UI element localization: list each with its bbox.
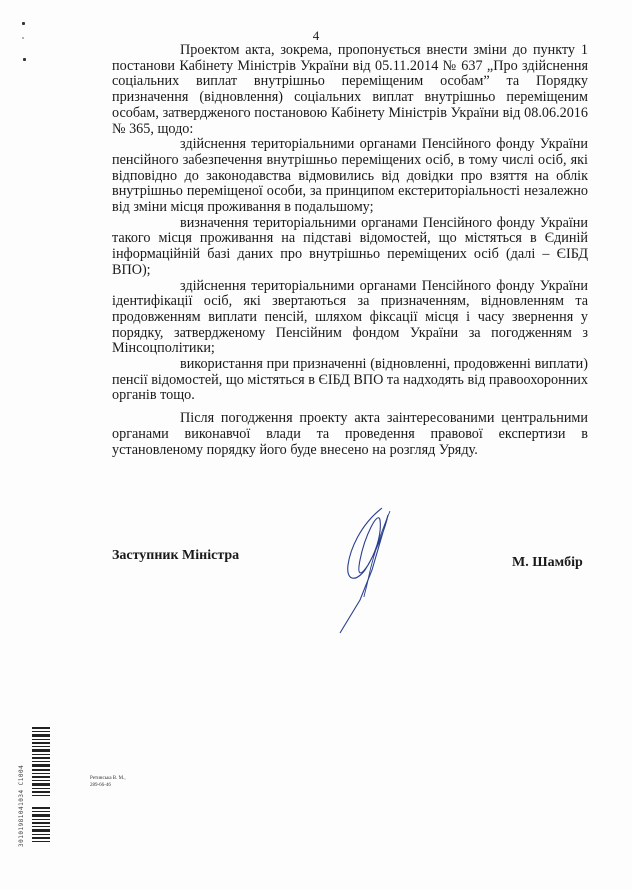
paragraph-item-2: визначення територіальними органами Пенс…	[112, 216, 588, 279]
paragraph-conclusion: Після погодження проекту акта заінтересо…	[112, 411, 588, 458]
paragraph-item-3: здійснення територіальними органами Пенс…	[112, 279, 588, 358]
paragraph-intro: Проектом акта, зокрема, пропонується вне…	[112, 43, 588, 137]
barcode-icon	[22, 725, 50, 845]
executor-phone: 289-66-46	[90, 782, 126, 789]
executor-info: Ретинська В. М., 289-66-46	[90, 775, 126, 789]
signatory-title: Заступник Міністра	[112, 548, 239, 564]
scan-dot	[23, 58, 26, 61]
document-body: Проектом акта, зокрема, пропонується вне…	[112, 43, 588, 458]
signatory-name: М. Шамбір	[512, 555, 583, 571]
handwritten-signature-icon	[320, 505, 430, 635]
paragraph-item-4: використання при призначенні (відновленн…	[112, 357, 588, 404]
executor-name: Ретинська В. М.,	[90, 775, 126, 782]
scan-dot	[22, 22, 25, 25]
document-page: 4 Проектом акта, зокрема, пропонується в…	[0, 0, 632, 890]
barcode-number: 30101981041034 C1004	[18, 722, 25, 847]
paragraph-item-1: здійснення територіальними органами Пенс…	[112, 137, 588, 216]
